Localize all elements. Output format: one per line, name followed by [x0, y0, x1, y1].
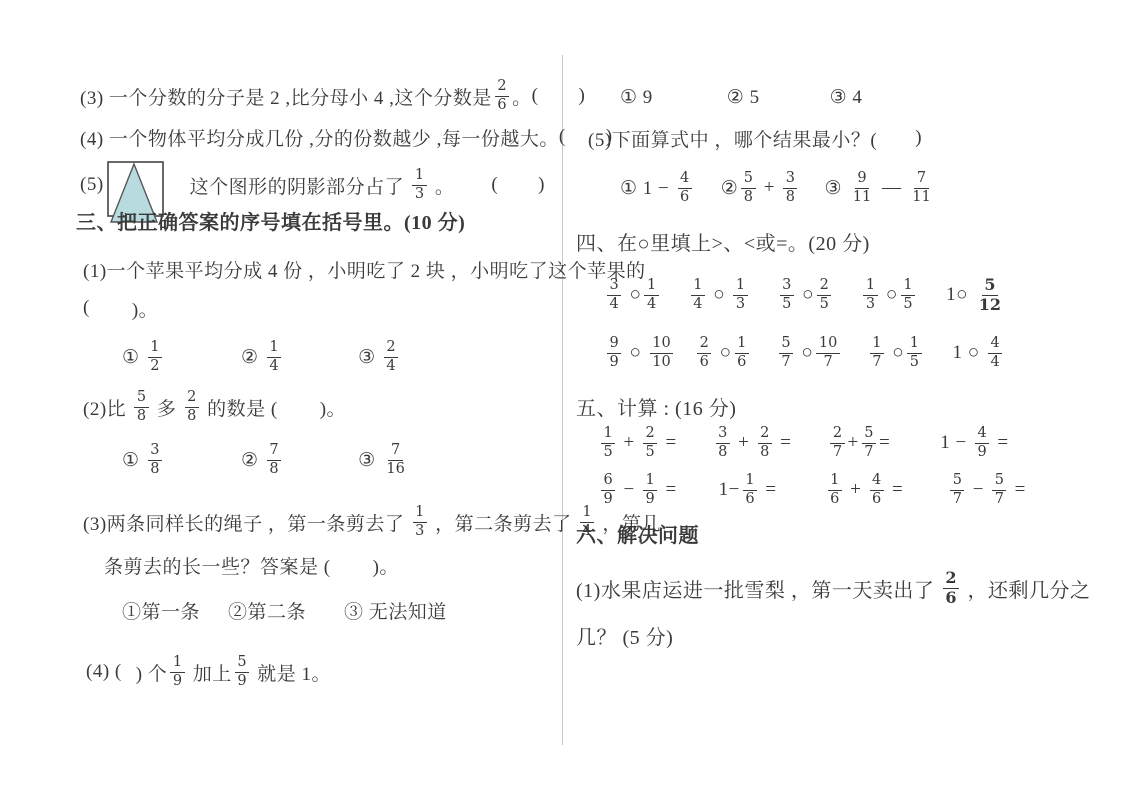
fraction-denominator: 5: [817, 296, 831, 313]
text-run: ①: [122, 346, 145, 369]
text-run: −: [967, 479, 989, 501]
fraction-numerator: 3: [148, 442, 162, 460]
s3q3-line2: 条剪去的长一些？答案是 ()。: [104, 552, 399, 578]
fraction: 13: [412, 167, 426, 202]
text-run: 。: [430, 172, 455, 199]
text-run: +: [618, 432, 640, 454]
fraction: 107: [816, 335, 839, 370]
fraction-denominator: 9: [607, 354, 621, 371]
spacer: [751, 295, 777, 296]
problem1-line1: (1)水果店运进一批雪梨 ，第一天卖出了 26 ，还剩几分之: [576, 565, 1090, 611]
fraction-numerator: 1: [828, 472, 842, 490]
fraction-numerator: 1: [412, 167, 426, 185]
fraction-numerator: 10: [816, 335, 839, 353]
fraction-numerator: 1: [170, 654, 184, 672]
text-run: +: [733, 432, 755, 454]
section3-heading: 三、把正确答案的序号填在括号里。(10 分): [76, 206, 465, 234]
fraction-denominator: 11: [850, 189, 873, 206]
fraction-denominator: 9: [643, 491, 657, 508]
fraction: 15: [901, 277, 915, 312]
fraction-numerator: 1: [413, 504, 427, 522]
fraction-denominator: 8: [134, 408, 148, 425]
fraction: 12: [148, 339, 162, 374]
fraction-numerator: 7: [388, 442, 402, 460]
fraction-numerator: 2: [817, 277, 831, 295]
text-run: ): [915, 127, 922, 149]
text-run: (: [532, 85, 539, 107]
spacer: [122, 672, 136, 673]
fraction-numerator: 7: [914, 170, 928, 188]
spacer: [653, 97, 727, 98]
fraction: 38: [783, 170, 797, 205]
s3q3-line1: (3)两条同样长的绳子 ，第一条剪去了 13 ，第二条剪去了 14 ，第几: [83, 499, 661, 545]
left-q3-line: (3) 一个分数的分子是 2 ,比分母小 4 ,这个分数是26。(): [80, 73, 545, 119]
fraction: 28: [758, 425, 772, 460]
fraction: 512: [976, 276, 1003, 315]
spacer: [677, 490, 719, 491]
s3q2-line: (2)比 58 多 28 的数是 ()。: [83, 384, 346, 430]
text-run: )。: [132, 295, 158, 322]
text-run: )。: [373, 552, 399, 579]
spacer: [578, 490, 598, 491]
s3q1-options: ① 12② 14③ 24: [122, 334, 401, 380]
fraction-numerator: 1: [901, 277, 915, 295]
fraction-numerator: 1: [863, 277, 877, 295]
text-run: ○: [796, 342, 813, 364]
text-run: ②第二条: [228, 597, 306, 624]
fraction-denominator: 16: [384, 461, 407, 478]
calc-row-2: 69 − 19 =1−16 =16 + 46 =57 − 57 =: [578, 467, 1026, 513]
fraction-denominator: 8: [783, 189, 797, 206]
fraction: 26: [495, 78, 509, 113]
text-run: =: [1009, 479, 1025, 501]
fraction-denominator: 5: [780, 296, 794, 313]
fraction-numerator: 5: [992, 472, 1006, 490]
spacer: [695, 188, 721, 189]
fraction-denominator: 6: [870, 491, 884, 508]
fraction: 38: [716, 425, 730, 460]
spacer: [578, 295, 604, 296]
text-run: ○: [887, 342, 904, 364]
text-run: 1−: [719, 479, 740, 501]
text-run: ○: [624, 284, 641, 306]
text-run: 三、把正确答案的序号填在括号里。(10 分): [76, 206, 465, 235]
fraction-denominator: 4: [607, 296, 621, 313]
fraction: 16: [743, 472, 757, 507]
fraction-denominator: 4: [988, 354, 1002, 371]
text-run: ② 5: [727, 86, 760, 109]
fraction: 1010: [650, 335, 673, 370]
text-run: ○: [797, 284, 814, 306]
text-run: ②: [721, 177, 739, 200]
fraction-denominator: 3: [413, 523, 427, 540]
text-run: 1 −: [940, 432, 972, 454]
text-run: )。: [320, 394, 346, 421]
text-run: +: [845, 479, 867, 501]
fraction-numerator: 6: [601, 472, 615, 490]
spacer: [578, 353, 604, 354]
text-run: +: [759, 177, 781, 199]
fraction-denominator: 7: [821, 354, 835, 371]
fraction-denominator: 6: [697, 354, 711, 371]
s3q3-options: ①第一条②第二条③ 无法知道: [122, 597, 447, 623]
fraction-numerator: 1: [691, 277, 705, 295]
spacer: [834, 295, 860, 296]
fraction-denominator: 12: [976, 296, 1003, 315]
fraction-numerator: 2: [943, 569, 959, 589]
text-run: —: [877, 177, 907, 199]
fraction: 35: [780, 277, 794, 312]
text-run: (: [83, 297, 90, 319]
fraction-denominator: 9: [975, 444, 989, 461]
text-run: (: [559, 126, 566, 148]
text-run: =: [992, 432, 1008, 454]
fraction-numerator: 3: [780, 277, 794, 295]
fraction-denominator: 8: [267, 461, 281, 478]
fraction-numerator: 4: [975, 425, 989, 443]
fraction-denominator: 7: [862, 444, 876, 461]
fraction-numerator: 9: [607, 335, 621, 353]
fraction-numerator: 1: [870, 335, 884, 353]
fraction-denominator: 6: [743, 491, 757, 508]
fraction-denominator: 7: [870, 354, 884, 371]
fraction-denominator: 2: [148, 358, 162, 375]
fraction-denominator: 7: [950, 491, 964, 508]
fraction-denominator: 8: [148, 461, 162, 478]
fraction-denominator: 8: [716, 444, 730, 461]
spacer: [800, 188, 824, 189]
fraction-numerator: 5: [779, 335, 793, 353]
fraction-denominator: 6: [828, 491, 842, 508]
fraction-numerator: 1: [735, 335, 749, 353]
left-q5-line: (5)这个图形的阴影部分占了 13 。(): [80, 162, 545, 208]
spacer: [284, 357, 358, 358]
spacer: [498, 185, 538, 186]
fraction-numerator: 4: [988, 335, 1002, 353]
right-options-row: ① 9② 5③ 4: [578, 84, 862, 110]
fraction-numerator: 9: [855, 170, 869, 188]
text-run: ○: [714, 342, 731, 364]
text-run: 这个图形的阴影部分占了: [190, 172, 410, 199]
fraction-numerator: 1: [267, 339, 281, 357]
fraction: 59: [235, 654, 249, 689]
spacer: [752, 353, 776, 354]
section5-heading: 五、计算 : (16 分): [576, 392, 736, 420]
spacer: [104, 185, 190, 186]
fraction-numerator: 2: [643, 425, 657, 443]
text-run: 六、解决问题: [576, 519, 699, 548]
section6-heading: 六、解决问题: [576, 519, 699, 547]
fraction-denominator: 9: [235, 673, 249, 690]
compare-row-2: 99 ○ 101026 ○1657 ○10717 ○151 ○ 44: [578, 330, 1005, 376]
text-run: ○: [624, 342, 646, 364]
fraction: 13: [733, 277, 747, 312]
fraction-numerator: 3: [716, 425, 730, 443]
spacer: [903, 490, 947, 491]
fraction: 716: [384, 442, 407, 477]
text-run: 五、计算 : (16 分): [576, 392, 736, 421]
text-run: ) 个: [136, 659, 168, 686]
fraction: 57: [992, 472, 1006, 507]
fraction-numerator: 2: [384, 339, 398, 357]
fraction-denominator: 10: [650, 354, 673, 371]
text-run: (4) 一个物体平均分成几份 ,分的份数越少 ,每一份越大。: [80, 124, 559, 151]
fraction: 69: [601, 472, 615, 507]
fraction: 49: [975, 425, 989, 460]
text-run: −: [618, 479, 640, 501]
text-run: ○: [881, 284, 898, 306]
fraction-numerator: 3: [607, 277, 621, 295]
text-run: =: [775, 432, 791, 454]
fraction-denominator: 3: [863, 296, 877, 313]
text-run: =: [887, 479, 903, 501]
fraction: 25: [643, 425, 657, 460]
spacer: [760, 97, 830, 98]
text-run: 四、在○里填上>、<或=。(20 分): [576, 227, 870, 256]
fraction: 46: [870, 472, 884, 507]
spacer: [662, 295, 688, 296]
text-run: (4) (: [86, 661, 122, 683]
fraction-denominator: 6: [943, 589, 959, 608]
spacer: [306, 610, 344, 611]
fraction-numerator: 5: [950, 472, 964, 490]
fraction-denominator: 4: [384, 358, 398, 375]
spacer: [677, 443, 713, 444]
compare-row-1: 34 ○1414 ○ 1335 ○2513 ○151○ 512: [578, 272, 1007, 318]
spacer: [165, 460, 241, 461]
text-run: ○: [708, 284, 730, 306]
column-divider: [562, 55, 563, 745]
fraction-numerator: 2: [830, 425, 844, 443]
fraction-numerator: 1: [907, 335, 921, 353]
fraction-denominator: 5: [601, 444, 615, 461]
text-run: 。: [512, 83, 532, 110]
text-run: ③: [358, 449, 381, 472]
s3q2-options: ① 38② 78③ 716: [122, 437, 410, 483]
spacer: [284, 460, 358, 461]
right-q5-line: (5)下面算式中 ，哪个结果最小？(): [588, 125, 922, 151]
text-run: (: [491, 174, 498, 196]
text-run: (1)水果店运进一批雪梨 ，第一天卖出了: [576, 574, 940, 603]
fraction: 25: [817, 277, 831, 312]
fraction-denominator: 6: [495, 97, 509, 114]
text-run: ，第二条剪去了: [430, 509, 577, 536]
s3q4-line: (4) () 个19 加上59 就是 1。: [86, 649, 331, 695]
fraction-denominator: 5: [907, 354, 921, 371]
right-q5-options: ① 1 − 46②58 + 38③ 911 — 711: [578, 165, 936, 211]
fraction: 15: [907, 335, 921, 370]
fraction: 16: [735, 335, 749, 370]
fraction-numerator: 1: [733, 277, 747, 295]
text-run: +: [848, 432, 859, 454]
fraction: 19: [643, 472, 657, 507]
fraction-denominator: 8: [758, 444, 772, 461]
text-run: 多: [152, 394, 182, 421]
spacer: [890, 443, 940, 444]
fraction-numerator: 4: [870, 472, 884, 490]
text-run: 就是 1。: [252, 659, 331, 686]
text-run: ③: [358, 346, 381, 369]
fraction: 44: [988, 335, 1002, 370]
spacer: [331, 565, 373, 566]
text-run: 加上: [188, 659, 232, 686]
fraction-numerator: 2: [495, 78, 509, 96]
text-run: =: [879, 432, 890, 454]
fraction-numerator: 5: [741, 170, 755, 188]
fraction: 57: [862, 425, 876, 460]
spacer: [165, 357, 241, 358]
fraction-denominator: 4: [691, 296, 705, 313]
spacer: [925, 353, 953, 354]
fraction-denominator: 4: [267, 358, 281, 375]
fraction-denominator: 7: [779, 354, 793, 371]
fraction: 13: [863, 277, 877, 312]
fraction: 26: [943, 569, 959, 608]
fraction: 14: [644, 277, 658, 312]
fraction: 57: [779, 335, 793, 370]
fraction-numerator: 10: [650, 335, 673, 353]
text-run: ②: [241, 346, 264, 369]
text-run: =: [760, 479, 776, 501]
text-run: (3)两条同样长的绳子 ，第一条剪去了: [83, 509, 410, 536]
fraction-denominator: 3: [412, 186, 426, 203]
fraction-numerator: 2: [185, 389, 199, 407]
spacer: [676, 353, 694, 354]
flex-spacer: [454, 185, 491, 186]
text-run: 的数是 (: [202, 394, 278, 421]
fraction: 14: [691, 277, 705, 312]
text-run: ): [538, 174, 545, 196]
text-run: (2)比: [83, 394, 131, 421]
text-run: ，还剩几分之: [962, 574, 1091, 603]
fraction: 17: [870, 335, 884, 370]
fraction-denominator: 8: [741, 189, 755, 206]
s3q1-line1: (1)一个苹果平均分成 4 份 ，小明吃了 2 块 ，小明吃了这个苹果的: [83, 256, 646, 282]
spacer: [777, 490, 825, 491]
worksheet-page: (3) 一个分数的分子是 2 ,比分母小 4 ,这个分数是26。()(4) 一个…: [0, 0, 1122, 793]
text-run: ③ 无法知道: [344, 597, 447, 624]
spacer: [578, 188, 620, 189]
fraction-denominator: 8: [185, 408, 199, 425]
text-run: ②: [241, 449, 264, 472]
fraction: 19: [170, 654, 184, 689]
left-q4-line: (4) 一个物体平均分成几份 ,分的份数越少 ,每一份越大。(): [80, 124, 545, 150]
fraction-numerator: 1: [743, 472, 757, 490]
spacer: [538, 96, 578, 97]
fraction: 711: [910, 170, 933, 205]
fraction: 27: [830, 425, 844, 460]
fraction-numerator: 2: [697, 335, 711, 353]
spacer: [200, 610, 228, 611]
spacer: [578, 443, 598, 444]
fraction: 14: [267, 339, 281, 374]
text-run: 条剪去的长一些？答案是 (: [104, 552, 331, 579]
fraction-numerator: 1: [148, 339, 162, 357]
fraction-numerator: 2: [758, 425, 772, 443]
fraction: 46: [678, 170, 692, 205]
fraction-numerator: 3: [783, 170, 797, 188]
spacer: [877, 138, 915, 139]
fraction-numerator: 5: [235, 654, 249, 672]
text-run: =: [660, 432, 676, 454]
fraction-numerator: 1: [644, 277, 658, 295]
fraction-denominator: 7: [992, 491, 1006, 508]
fraction: 911: [850, 170, 873, 205]
calc-row-1: 15 + 25 =38 + 28 =27+57=1 − 49 =: [578, 420, 1009, 466]
spacer: [843, 353, 867, 354]
fraction-numerator: 5: [982, 276, 998, 296]
text-run: 1 ○: [953, 342, 985, 364]
spacer: [918, 295, 946, 296]
fraction: 26: [697, 335, 711, 370]
text-run: (3) 一个分数的分子是 2 ,比分母小 4 ,这个分数是: [80, 83, 492, 110]
spacer: [278, 407, 320, 408]
fraction-numerator: 4: [678, 170, 692, 188]
fraction-numerator: 5: [134, 389, 148, 407]
section4-heading: 四、在○里填上>、<或=。(20 分): [576, 227, 870, 255]
fraction-denominator: 9: [170, 673, 184, 690]
text-run: =: [660, 479, 676, 501]
text-run: ①第一条: [122, 597, 200, 624]
text-run: ③ 4: [830, 86, 863, 109]
fraction: 28: [185, 389, 199, 424]
fraction-denominator: 6: [735, 354, 749, 371]
fraction-denominator: 11: [910, 189, 933, 206]
text-run: (1)一个苹果平均分成 4 份 ，小明吃了 2 块 ，小明吃了这个苹果的: [83, 256, 646, 283]
fraction: 16: [828, 472, 842, 507]
text-run: ①: [122, 449, 145, 472]
fraction: 24: [384, 339, 398, 374]
fraction: 99: [607, 335, 621, 370]
fraction-denominator: 3: [733, 296, 747, 313]
spacer: [791, 443, 827, 444]
fraction: 15: [601, 425, 615, 460]
text-run: (5): [80, 174, 104, 196]
text-run: (5)下面算式中 ，哪个结果最小？(: [588, 125, 877, 152]
fraction: 58: [741, 170, 755, 205]
fraction: 13: [413, 504, 427, 539]
fraction-numerator: 5: [862, 425, 876, 443]
fraction-numerator: 1: [601, 425, 615, 443]
fraction: 38: [148, 442, 162, 477]
fraction-denominator: 5: [901, 296, 915, 313]
fraction-denominator: 6: [678, 189, 692, 206]
fraction-denominator: 9: [601, 491, 615, 508]
spacer: [578, 97, 620, 98]
fraction-numerator: 7: [267, 442, 281, 460]
fraction-denominator: 4: [644, 296, 658, 313]
s3q1-line2: ()。: [83, 295, 158, 321]
text-run: 几？ (5 分): [576, 621, 673, 650]
fraction-denominator: 7: [830, 444, 844, 461]
spacer: [90, 308, 132, 309]
text-run: 1○: [946, 284, 973, 306]
fraction-denominator: 5: [643, 444, 657, 461]
fraction: 78: [267, 442, 281, 477]
fraction-numerator: 1: [643, 472, 657, 490]
text-run: ① 1 −: [620, 177, 675, 200]
fraction: 58: [134, 389, 148, 424]
text-run: ① 9: [620, 86, 653, 109]
text-run: ③: [824, 177, 847, 200]
fraction: 34: [607, 277, 621, 312]
fraction: 57: [950, 472, 964, 507]
problem1-line2: 几？ (5 分): [576, 621, 673, 649]
